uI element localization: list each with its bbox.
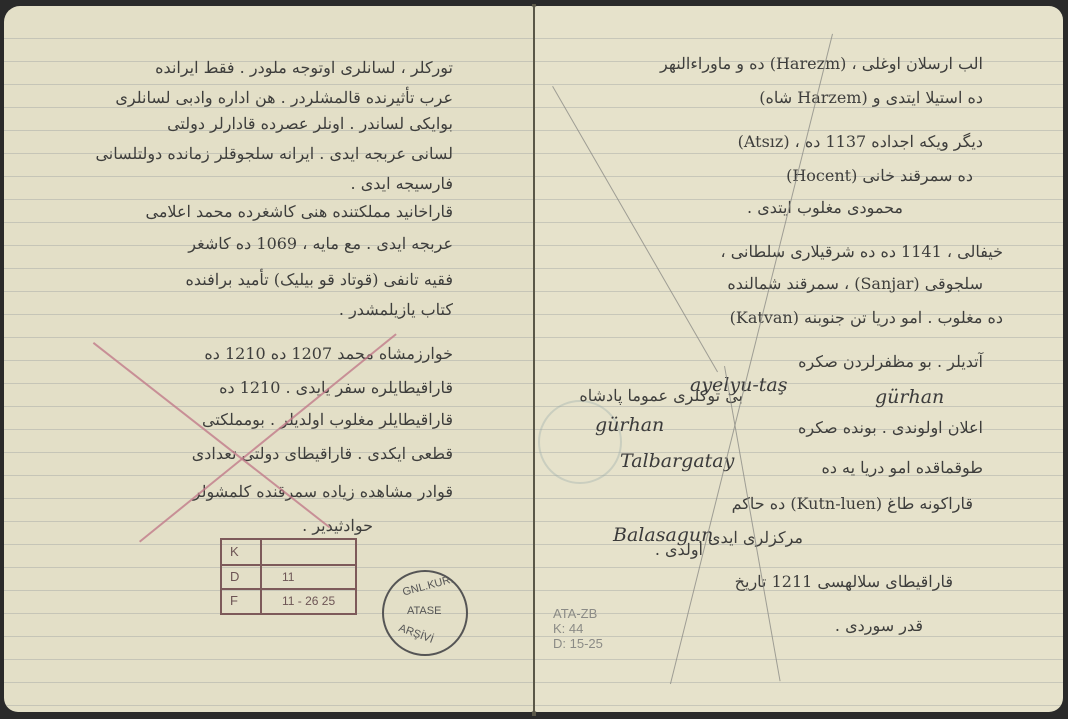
left-line-2: عرب تأثیرنده قالمشلردر . هن اداره وادبی …: [115, 88, 453, 107]
left-line-6: قاراخانید مملکتنده هنی کاشغرده محمد اعلا…: [145, 202, 453, 221]
left-line-1: تورکلر ، لسانلری اوتوجه ملودر . فقط ایرا…: [155, 58, 453, 77]
stamp-key: K: [230, 544, 239, 559]
left-page: تورکلر ، لسانلری اوتوجه ملودر . فقط ایرا…: [4, 6, 533, 712]
archive-ref-line: K: 44: [553, 621, 603, 636]
left-line-5: فارسیجه ایدی .: [351, 174, 453, 193]
left-line-4: لسانی عربجه ایدی . ایرانه سلجوقلر زمانده…: [95, 144, 453, 163]
right-line-4: (Hocent) ده سمرقند خانی: [786, 166, 973, 185]
right-line-12: طوقماقده امو دریا یه ده: [821, 458, 983, 477]
seal-top-text: GNL.KUR.: [401, 573, 454, 598]
right-line-9: آتدیلر . بو مظفرلردن صکره: [798, 352, 983, 371]
faint-seal-imprint: [538, 400, 622, 484]
archive-reference-note: ATA-ZB K: 44 D: 15-25: [553, 606, 603, 651]
archive-ref-line: ATA-ZB: [553, 606, 603, 621]
latin-term: gürhan: [875, 386, 944, 408]
stamp-key: F: [230, 593, 238, 608]
right-line-14: مرکزلری ایدی .: [698, 528, 803, 547]
right-line-17: قدر سوردی .: [835, 616, 923, 635]
latin-term: Talbargatay: [620, 450, 734, 472]
archive-seal: GNL.KUR. ATASE ARŞİVİ: [382, 570, 468, 656]
right-line-8: (Katvan) ده مغلوب . امو دریا تن جنوبنه: [730, 308, 1003, 327]
right-line-7: سلجوقی (Sanjar) ، سمرقند شمالنده: [727, 274, 983, 293]
left-line-13: قطعی ایکدی . قاراقیطای دولتی تعدادی: [192, 444, 453, 463]
right-line-2: ده استیلا ایتدی و (Harzem شاه): [759, 88, 983, 107]
left-line-10: خوارزمشاه محمد 1207 ده 1210 ده: [204, 344, 453, 363]
right-line-5: محمودی مغلوب ایتدی .: [747, 198, 903, 217]
right-line-6: خیفالی ، 1141 ده ده شرقیلاری سلطانی ،: [720, 242, 1003, 261]
right-line-16: قاراقیطای سلالهسی 1211 تاریخ: [735, 572, 953, 591]
pencil-cross-stroke: [724, 366, 781, 681]
left-line-7: عربجه ایدی . مع مایه ، 1069 ده کاشغر: [188, 234, 453, 253]
archive-ref-line: D: 15-25: [553, 636, 603, 651]
right-page: الب ارسلان اوغلی ، (Harezm) ده و ماوراءا…: [535, 6, 1063, 712]
right-line-1: الب ارسلان اوغلی ، (Harezm) ده و ماوراءا…: [660, 54, 983, 73]
seal-center-text: ATASE: [407, 605, 441, 617]
right-line-3: (Atsız) ، دیگر ویکه اجداده 1137 ده: [738, 132, 983, 151]
stamp-value: 11 - 26 25: [282, 594, 335, 608]
left-line-9: کتاب یازیلمشدر .: [339, 300, 453, 319]
right-line-11: اعلان اولوندی . بونده صکره: [798, 418, 983, 437]
left-line-3: بوایکی لساندر . اونلر عصرده قادارلر دولت…: [167, 114, 453, 133]
left-line-15: حوادثیدیر .: [302, 516, 373, 535]
right-line-13: قاراکونه طاغ (Kutn-luen) ده حاکم: [732, 494, 973, 513]
right-line-15: اولدی .: [655, 540, 703, 559]
latin-term: gürhan: [595, 414, 664, 436]
right-line-10: بی توکلری عموما پادشاه: [579, 386, 743, 405]
stamp-key: D: [230, 569, 239, 584]
left-line-14: قوادر مشاهده زیاده سمرقنده کلمشولر: [193, 482, 453, 501]
pencil-cross-stroke: [552, 86, 718, 372]
stamp-value: 11: [282, 570, 294, 584]
left-line-12: قاراقیطایلر مغلوب اولدیلر . بومملکتی: [202, 410, 453, 429]
seal-bottom-text: ARŞİVİ: [397, 622, 435, 646]
cross-out-stroke: [139, 333, 397, 542]
left-line-8: فقیه تانفی (قوتاد قو بیلیک) تأمید برافند…: [186, 270, 453, 289]
archive-stamp-box: K D 11 F 11 - 26 25: [220, 538, 357, 615]
